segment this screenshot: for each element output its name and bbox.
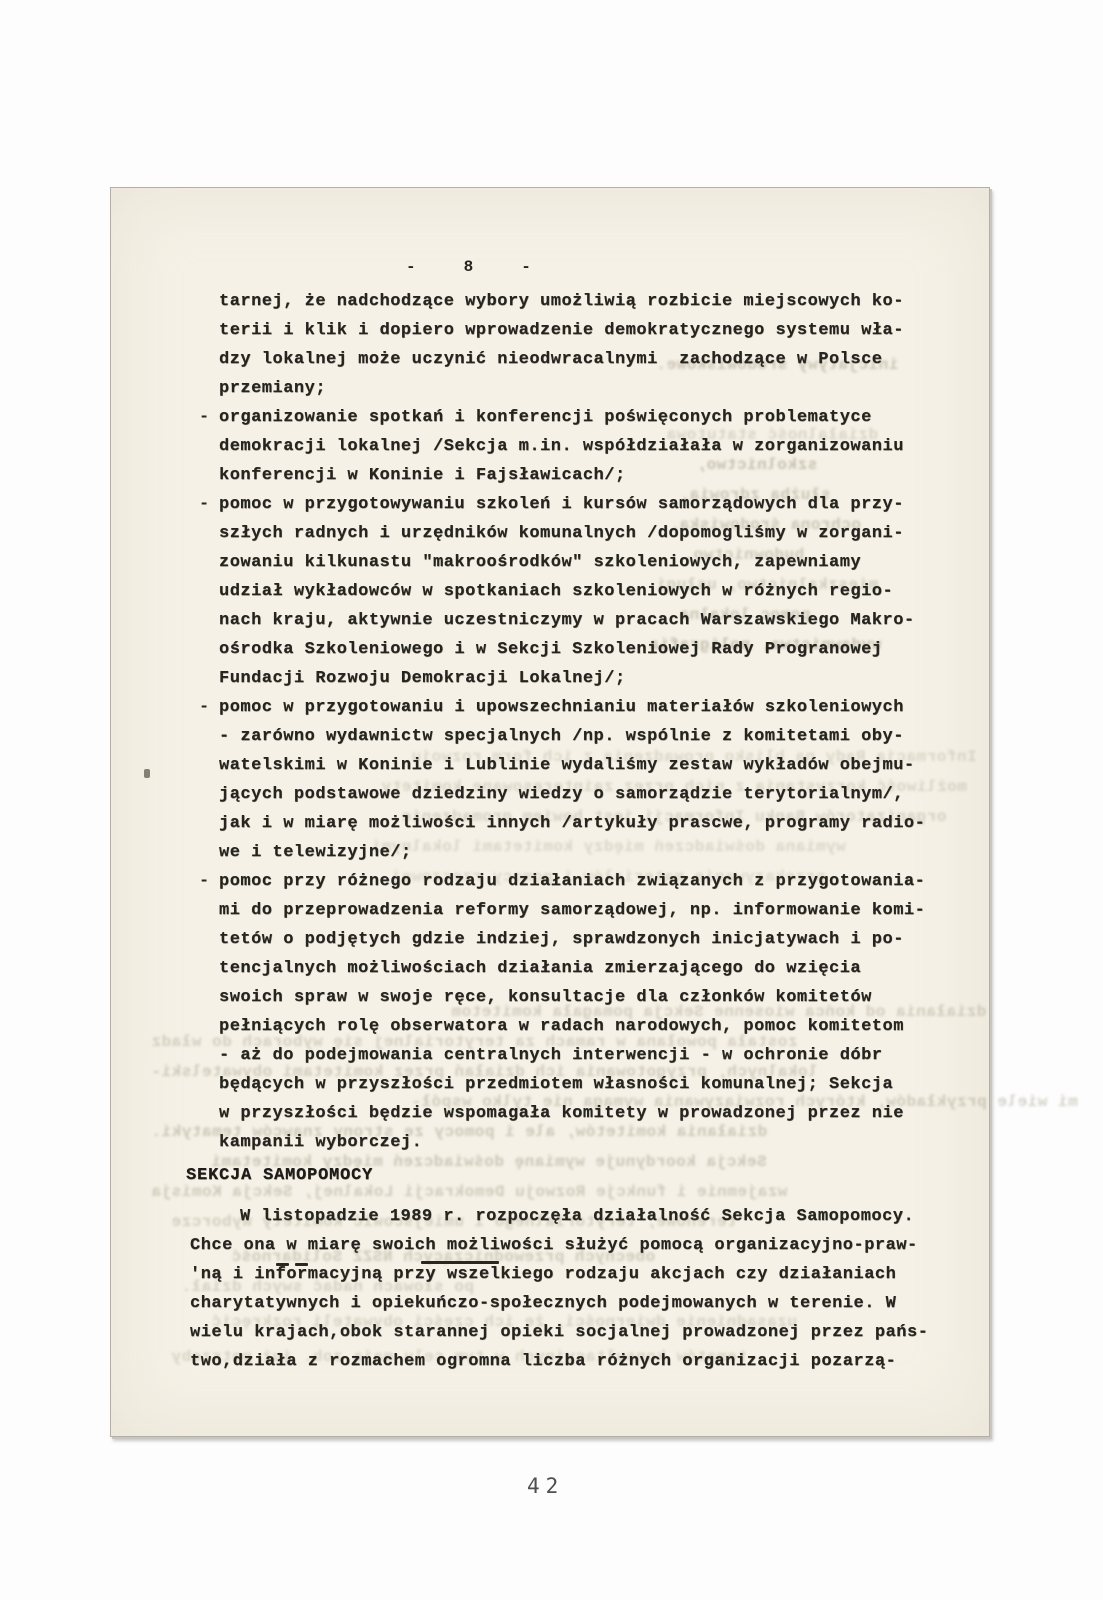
text-line: demokracji lokalnej /Sekcja m.in. współd… [219, 432, 939, 461]
text-line: kampanii wyborczej. [219, 1128, 939, 1157]
text-line: - zarówno wydawnictw specjalnych /np. ws… [219, 722, 939, 751]
bullet-item: -pomoc w przygotowaniu i upowszechnianiu… [219, 693, 939, 867]
text-line: będących w przyszłości przedmiotem własn… [219, 1070, 939, 1099]
text-line: charytatywnych i opiekuńczo-społecznych … [190, 1289, 980, 1318]
text-line: ośrodka Szkoleniowego i w Sekcji Szkolen… [219, 635, 939, 664]
text-line: Chce ona w miarę swoich możliwości służy… [190, 1231, 980, 1260]
text-line: udział wykładowców w spotkaniach szkolen… [219, 577, 939, 606]
bleedthrough-text: wzajemnie i funkcje Rozwoju Demokracji L… [151, 1183, 787, 1201]
text-line: pomoc w przygotowywaniu szkoleń i kursów… [219, 490, 939, 519]
bullet-item: -pomoc w przygotowywaniu szkoleń i kursó… [219, 490, 939, 693]
header-dash-right: - [521, 258, 531, 276]
text-line: swoich spraw w swoje ręce, konsultacje d… [219, 983, 939, 1012]
text-line: szłych radnych i urzędników komunalnych … [219, 519, 939, 548]
scan-background: inicjatywy środowiskowe.działalność stat… [0, 0, 1103, 1600]
text-line: Fundacji Rozwoju Demokracji Lokalnej/; [219, 664, 939, 693]
overstrike-mark [421, 1261, 499, 1264]
text-line: dzy lokalnej może uczynić nieodwracalnym… [219, 345, 939, 374]
text-line: pełniących rolę obserwatora w radach nar… [219, 1012, 939, 1041]
section-heading: SEKCJA SAMOPOMOCY [186, 1166, 373, 1185]
page-number-top: 8 [464, 258, 474, 276]
intro-paragraph: tarnej, że nadchodzące wybory umożliwią … [219, 287, 939, 403]
text-line: 'ną i informacyjną przy wszelkiego rodza… [190, 1260, 980, 1289]
text-line: jak i w miarę możliwości innych /artykuł… [219, 809, 939, 838]
text-line: watelskimi w Koninie i Lublinie wydaliśm… [219, 751, 939, 780]
text-line: tencjalnych możliwościach działania zmie… [219, 954, 939, 983]
bullet-list: -organizowanie spotkań i konferencji poś… [219, 403, 939, 1157]
text-line: jących podstawowe dziedziny wiedzy o sam… [219, 780, 939, 809]
page-header-number: - 8 - [406, 258, 531, 276]
text-line: - aż do podejmowania centralnych interwe… [219, 1041, 939, 1070]
text-line: wielu krajach,obok starannej opieki socj… [190, 1318, 980, 1347]
text-line: mi do przeprowadzenia reformy samorządow… [219, 896, 939, 925]
bullet-dash: - [199, 490, 209, 519]
text-line: W listopadzie 1989 r. rozpoczęła działal… [190, 1202, 980, 1231]
overstrike-mark [295, 1263, 308, 1266]
overstrike-mark [276, 1263, 289, 1266]
section-paragraph: W listopadzie 1989 r. rozpoczęła działal… [190, 1202, 980, 1376]
text-line: terii i klik i dopiero wprowadzenie demo… [219, 316, 939, 345]
text-line: w przyszłości będzie wspomagała komitety… [219, 1099, 939, 1128]
text-line: tarnej, że nadchodzące wybory umożliwią … [219, 287, 939, 316]
text-line: tetów o podjętych gdzie indziej, sprawdz… [219, 925, 939, 954]
bullet-item: -organizowanie spotkań i konferencji poś… [219, 403, 939, 490]
document-page: inicjatywy środowiskowe.działalność stat… [110, 187, 990, 1437]
header-dash-left: - [406, 258, 416, 276]
text-line: we i telewizyjne/; [219, 838, 939, 867]
bullet-item: -pomoc przy różnego rodzaju działaniach … [219, 867, 939, 1157]
text-line: pomoc przy różnego rodzaju działaniach z… [219, 867, 939, 896]
body-text: tarnej, że nadchodzące wybory umożliwią … [219, 287, 939, 1157]
text-line: przemiany; [219, 374, 939, 403]
bullet-dash: - [199, 403, 209, 432]
text-line: pomoc w przygotowaniu i upowszechnianiu … [219, 693, 939, 722]
text-line: konferencji w Koninie i Fajsławicach/; [219, 461, 939, 490]
text-line: zowaniu kilkunastu "makroośrodków" szkol… [219, 548, 939, 577]
page-number-bottom: 42 [527, 1474, 564, 1498]
bullet-dash: - [199, 693, 209, 722]
text-line: two,działa z rozmachem ogromna liczba ró… [190, 1347, 980, 1376]
text-line: nach kraju, aktywnie uczestniczymy w pra… [219, 606, 939, 635]
bullet-dash: - [199, 867, 209, 896]
ink-speck [144, 769, 150, 778]
text-line: organizowanie spotkań i konferencji pośw… [219, 403, 939, 432]
